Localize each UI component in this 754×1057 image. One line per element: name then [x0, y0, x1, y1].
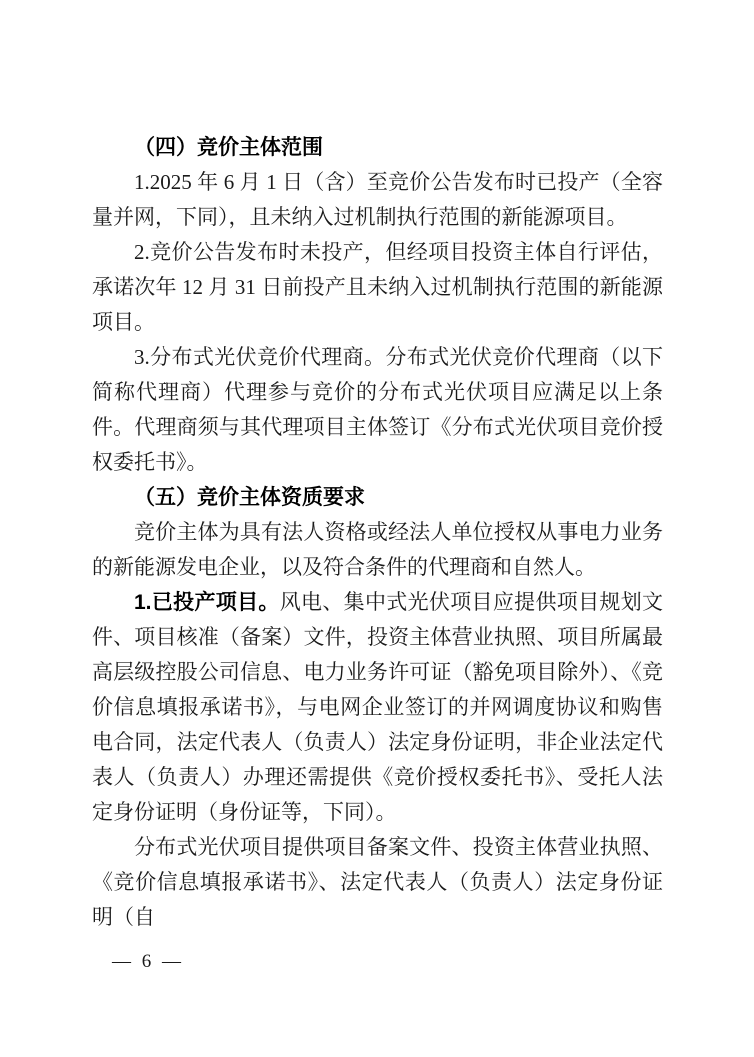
section-heading-4: （四）竞价主体范围 [92, 130, 663, 165]
section5-paragraph-3: 分布式光伏项目提供项目备案文件、投资主体营业执照、《竞价信息填报承诺书》、法定代… [92, 830, 663, 935]
document-page: （四）竞价主体范围 1.2025 年 6 月 1 日（含）至竞价公告发布时已投产… [0, 0, 754, 1057]
section5-paragraph-2-body: 风电、集中式光伏项目应提供项目规划文件、项目核准（备案）文件，投资主体营业执照、… [92, 590, 663, 824]
section5-paragraph-2-bold-lead: 1.已投产项目。 [134, 591, 280, 614]
section4-paragraph-2: 2.竞价公告发布时未投产，但经项目投资主体自行评估，承诺次年 12 月 31 日… [92, 235, 663, 340]
section-heading-5: （五）竞价主体资质要求 [92, 480, 663, 515]
section4-paragraph-3: 3.分布式光伏竞价代理商。分布式光伏竞价代理商（以下简称代理商）代理参与竞价的分… [92, 340, 663, 480]
page-number: — 6 — [112, 950, 184, 974]
document-body: （四）竞价主体范围 1.2025 年 6 月 1 日（含）至竞价公告发布时已投产… [92, 130, 663, 935]
section5-paragraph-1: 竞价主体为具有法人资格或经法人单位授权从事电力业务的新能源发电企业，以及符合条件… [92, 515, 663, 585]
section5-paragraph-2: 1.已投产项目。风电、集中式光伏项目应提供项目规划文件、项目核准（备案）文件，投… [92, 585, 663, 830]
section4-paragraph-1: 1.2025 年 6 月 1 日（含）至竞价公告发布时已投产（全容量并网，下同）… [92, 165, 663, 235]
